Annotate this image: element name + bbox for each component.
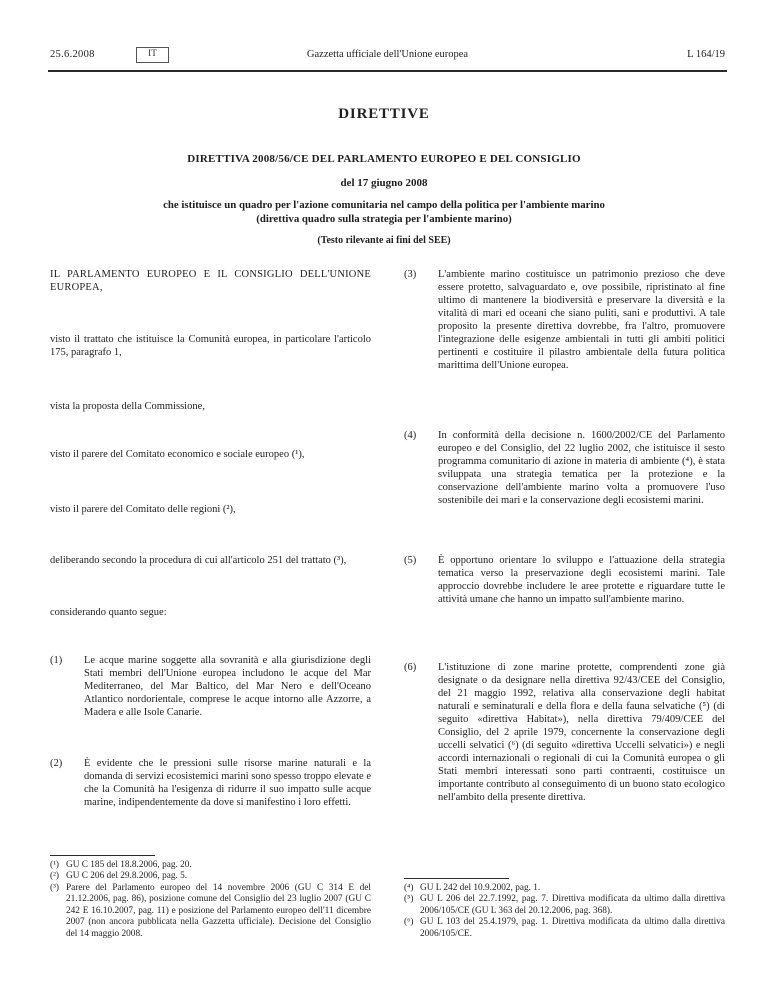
journal-title: Gazzetta ufficiale dell'Unione europea: [50, 49, 725, 60]
right-column: (3) L'ambiente marino costituisce un pat…: [404, 268, 725, 940]
recital-number: (2): [50, 757, 84, 809]
official-journal-page: 25.6.2008 IT Gazzetta ufficiale dell'Uni…: [0, 0, 768, 994]
page-header: 25.6.2008 IT Gazzetta ufficiale dell'Uni…: [50, 47, 725, 65]
directive-title: DIRETTIVA 2008/56/CE DEL PARLAMENTO EURO…: [0, 153, 768, 165]
footnote-1: (¹) GU C 185 del 18.8.2006, pag. 20.: [50, 860, 371, 872]
recital-number: (1): [50, 654, 84, 719]
footnote-text: GU L 242 del 10.9.2002, pag. 1.: [420, 883, 725, 895]
eea-relevance-note: (Testo rilevante ai fini del SEE): [0, 235, 768, 246]
preamble-eesc-opinion: visto il parere del Comitato economico e…: [50, 448, 371, 461]
recital-5: (5) È opportuno orientare lo sviluppo e …: [404, 554, 725, 606]
preamble-procedure: deliberando secondo la procedura di cui …: [50, 554, 371, 567]
title-block: DIRETTIVE DIRETTIVA 2008/56/CE DEL PARLA…: [0, 106, 768, 246]
recital-text: L'istituzione di zone marine protette, c…: [438, 661, 725, 804]
left-column: IL PARLAMENTO EUROPEO E IL CONSIGLIO DEL…: [50, 268, 371, 940]
footnote-marker: (⁶): [404, 917, 420, 940]
header-rule: [48, 70, 727, 72]
directive-subtitle-line1: che istituisce un quadro per l'azione co…: [64, 198, 704, 212]
recital-text: L'ambiente marino costituisce un patrimo…: [438, 268, 725, 372]
footnote-text: GU C 206 del 29.8.2006, pag. 5.: [66, 871, 371, 883]
recital-3: (3) L'ambiente marino costituisce un pat…: [404, 268, 725, 372]
footnote-marker: (²): [50, 871, 66, 883]
left-footnotes: (¹) GU C 185 del 18.8.2006, pag. 20. (²)…: [50, 855, 371, 941]
footnote-marker: (³): [50, 883, 66, 941]
recital-number: (3): [404, 268, 438, 372]
recital-text: Le acque marine soggette alla sovranità …: [84, 654, 371, 719]
preamble-cor-opinion: visto il parere del Comitato delle regio…: [50, 503, 371, 516]
footnote-text: Parere del Parlamento europeo del 14 nov…: [66, 883, 371, 941]
footnote-5: (⁵) GU L 206 del 22.7.1992, pag. 7. Dire…: [404, 894, 725, 917]
footnote-rule: [50, 855, 155, 856]
recital-number: (6): [404, 661, 438, 804]
footnote-4: (⁴) GU L 242 del 10.9.2002, pag. 1.: [404, 883, 725, 895]
recital-2: (2) È evidente che le pressioni sulle ri…: [50, 757, 371, 809]
recital-text: È evidente che le pressioni sulle risors…: [84, 757, 371, 809]
footnote-text: GU C 185 del 18.8.2006, pag. 20.: [66, 860, 371, 872]
footnote-rule: [404, 878, 509, 879]
footnote-2: (²) GU C 206 del 29.8.2006, pag. 5.: [50, 871, 371, 883]
recital-number: (5): [404, 554, 438, 606]
recital-1: (1) Le acque marine soggette alla sovran…: [50, 654, 371, 719]
recital-6: (6) L'istituzione di zone marine protett…: [404, 661, 725, 804]
footnote-text: GU L 206 del 22.7.1992, pag. 7. Direttiv…: [420, 894, 725, 917]
section-heading: DIRETTIVE: [0, 106, 768, 123]
recital-number: (4): [404, 429, 438, 507]
right-footnotes: (⁴) GU L 242 del 10.9.2002, pag. 1. (⁵) …: [404, 878, 725, 941]
preamble-considering: considerando quanto segue:: [50, 606, 371, 619]
footnote-marker: (¹): [50, 860, 66, 872]
preamble-parties: IL PARLAMENTO EUROPEO E IL CONSIGLIO DEL…: [50, 268, 371, 294]
preamble-proposal: vista la proposta della Commissione,: [50, 400, 371, 413]
footnote-marker: (⁴): [404, 883, 420, 895]
recital-4: (4) In conformità della decisione n. 160…: [404, 429, 725, 507]
recital-text: È opportuno orientare lo sviluppo e l'at…: [438, 554, 725, 606]
document-body: IL PARLAMENTO EUROPEO E IL CONSIGLIO DEL…: [50, 268, 725, 940]
footnote-text: GU L 103 del 25.4.1979, pag. 1. Direttiv…: [420, 917, 725, 940]
page-number: L 164/19: [687, 49, 725, 60]
footnote-marker: (⁵): [404, 894, 420, 917]
directive-subtitle-line2: (direttiva quadro sulla strategia per l'…: [64, 212, 704, 226]
footnote-3: (³) Parere del Parlamento europeo del 14…: [50, 883, 371, 941]
footnote-6: (⁶) GU L 103 del 25.4.1979, pag. 1. Dire…: [404, 917, 725, 940]
directive-date: del 17 giugno 2008: [0, 177, 768, 189]
recital-text: In conformità della decisione n. 1600/20…: [438, 429, 725, 507]
preamble-treaty: visto il trattato che istituisce la Comu…: [50, 333, 371, 359]
